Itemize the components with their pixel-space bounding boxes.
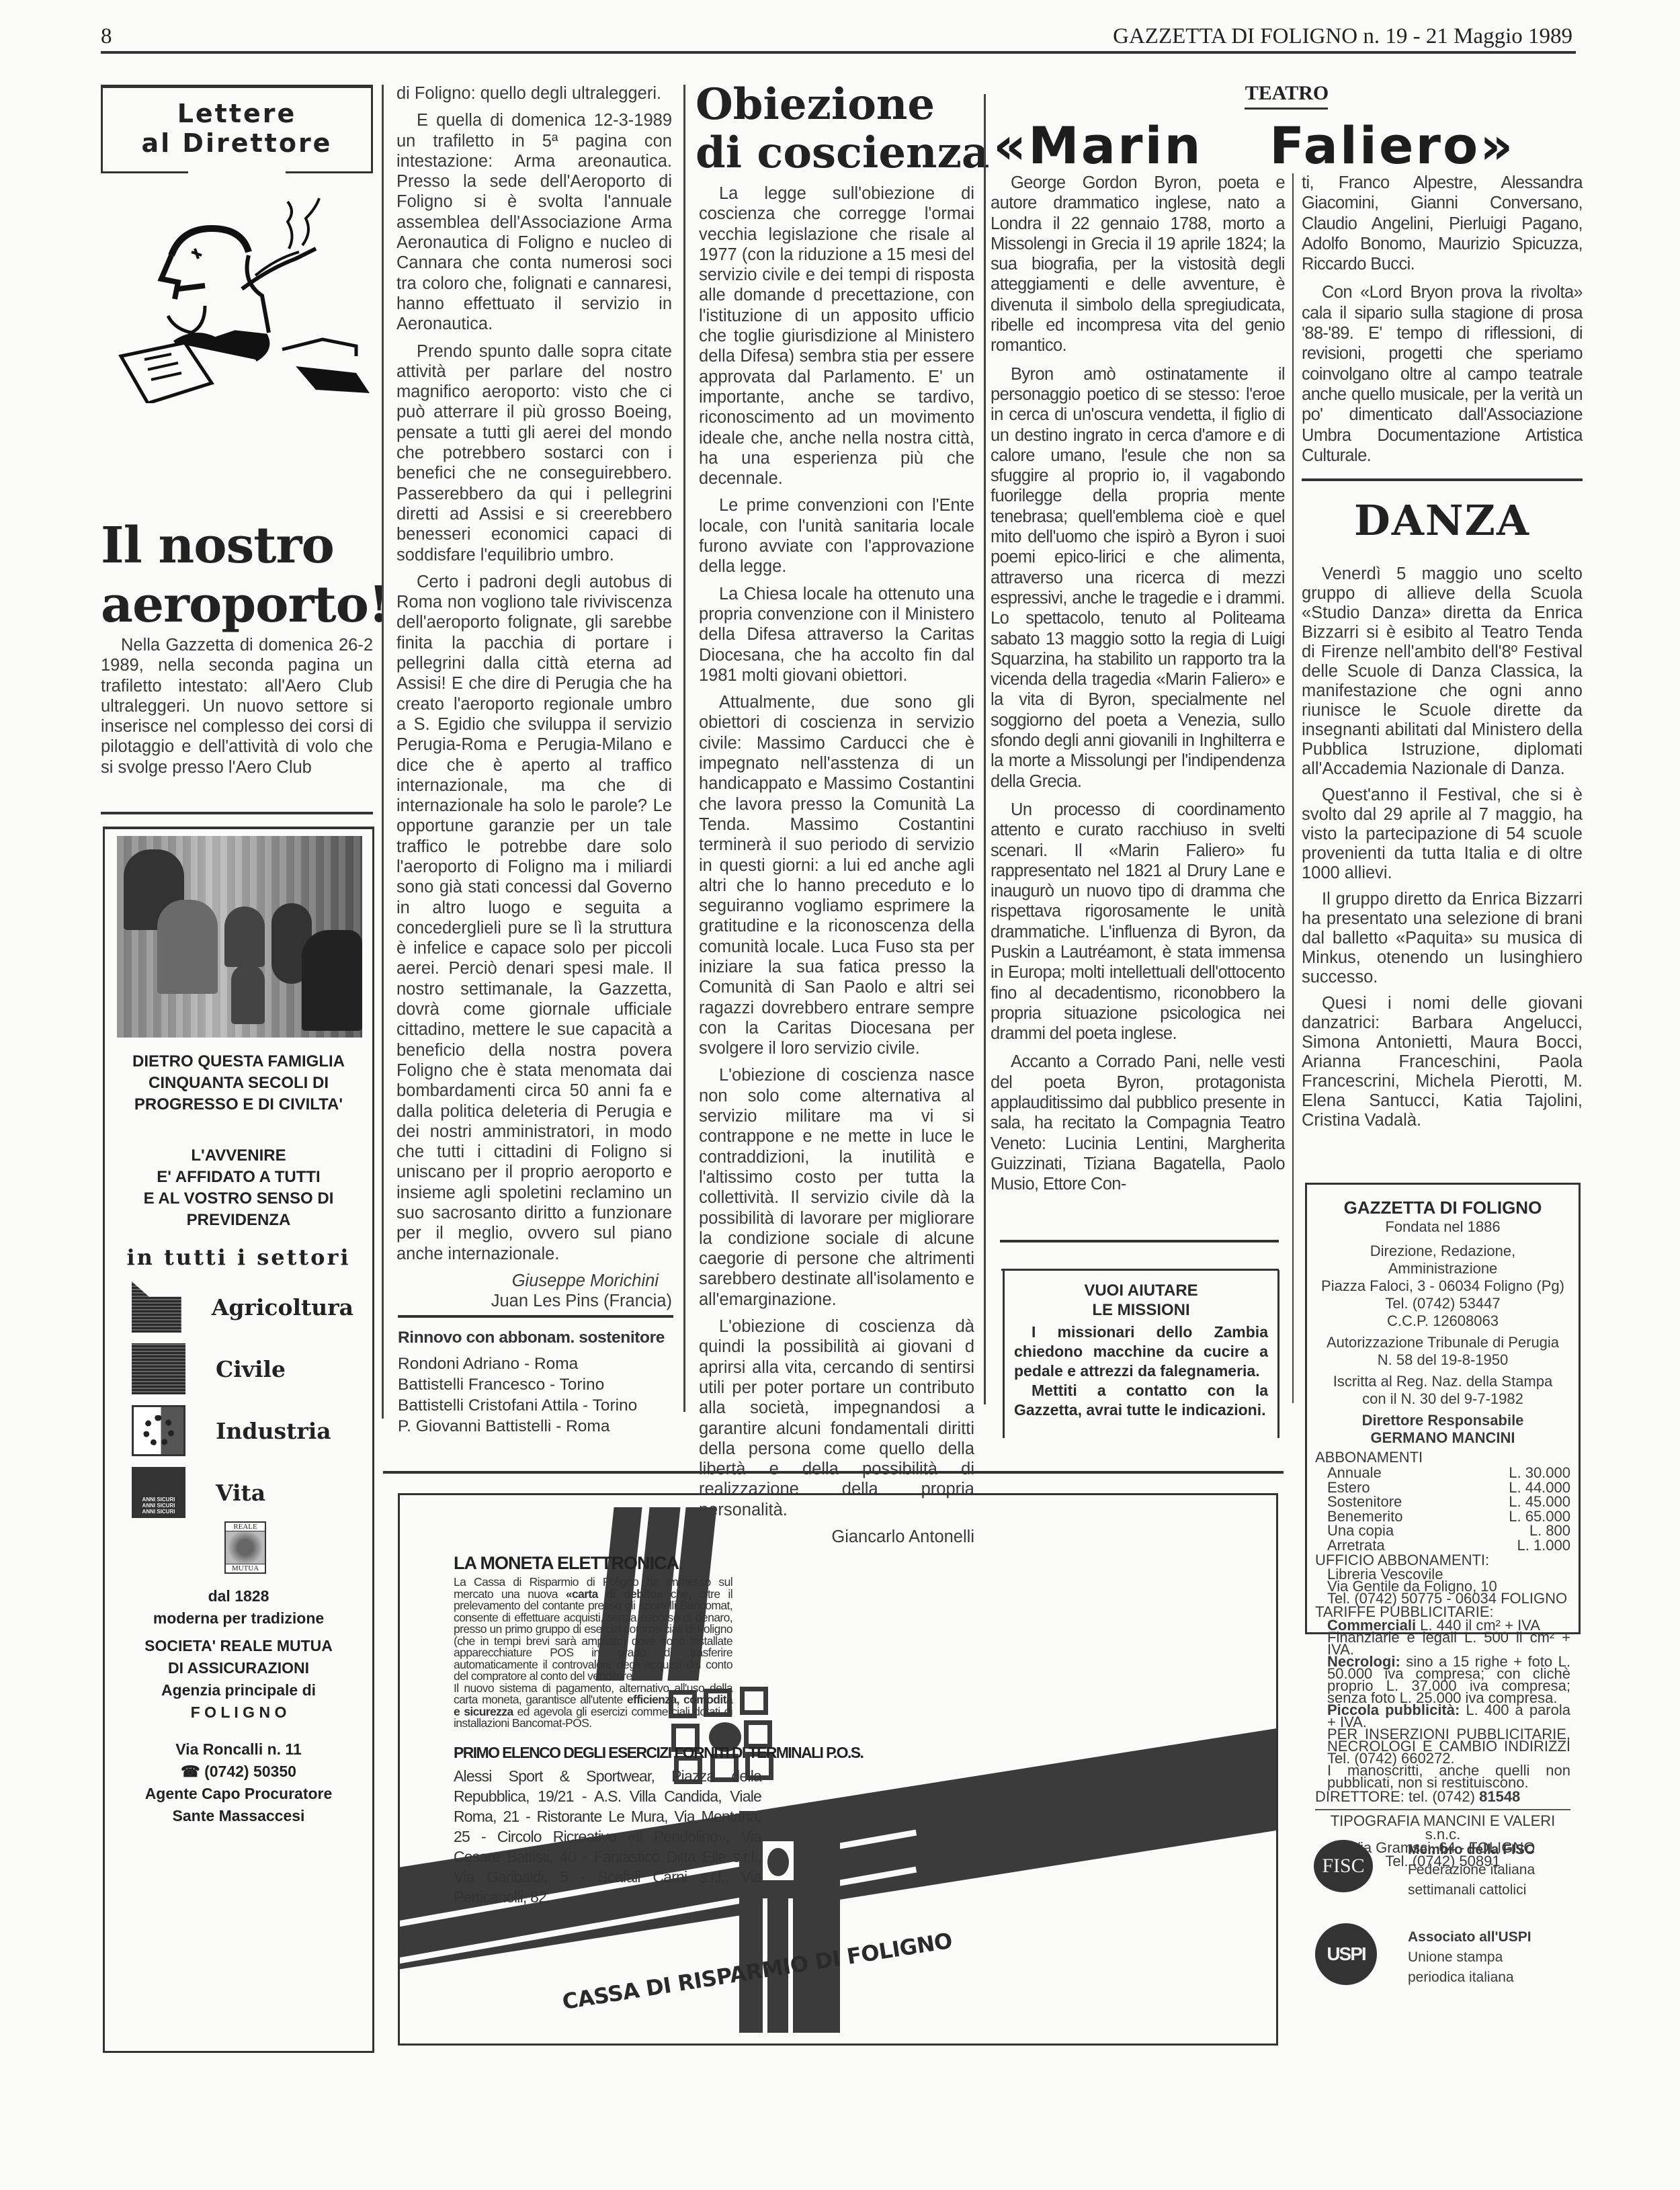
article-paragraph: La Chiesa locale ha ottenuto una propria… <box>699 584 974 685</box>
renewals-title: Rinnovo con abbonam. sostenitore <box>398 1327 673 1348</box>
slogan2-line: E AL VOSTRO SENSO DI <box>105 1188 372 1210</box>
company-name: DI ASSICURAZIONI <box>105 1657 372 1679</box>
sector-industria: Industria <box>132 1400 353 1462</box>
letter-intro: Nella Gazzetta di domenica 26-2 1989, ne… <box>101 635 373 784</box>
article-paragraph: Quest'anno il Festival, che si è svolto … <box>1302 786 1583 883</box>
article-paragraph: Byron amò ostinatamente il personaggio p… <box>991 364 1285 792</box>
uspi-membership: USPI Associato all'USPI Unione stampa pe… <box>1307 1908 1576 1989</box>
director-label: Direttore Responsabile <box>1315 1412 1570 1429</box>
logo-square <box>740 1687 768 1715</box>
price-row: EsteroL. 44.000 <box>1315 1480 1570 1495</box>
masthead-name: GAZZETTA DI FOLIGNO <box>1315 1197 1570 1218</box>
tree-icon <box>132 1281 181 1333</box>
family-photo <box>117 836 362 1038</box>
price-row: ArretrataL. 1.000 <box>1315 1538 1570 1553</box>
teatro-kicker: TEATRO <box>1243 82 1331 105</box>
article-paragraph: Quesi i nomi delle giovani danzatrici: B… <box>1302 994 1583 1130</box>
article-paragraph: Un processo di coordinamento attento e c… <box>991 800 1285 1044</box>
col-divider <box>984 94 986 1404</box>
letter-paragraph: E quella di domenica 12-3-1989 un trafil… <box>396 110 672 334</box>
address: Via Roncalli n. 11 <box>105 1738 372 1761</box>
article-paragraph: La legge sull'obiezione di coscienza che… <box>699 183 974 489</box>
letter-paragraph: di Foligno: quello degli ultraleggeri. <box>396 83 672 103</box>
letter-paragraph: Nella Gazzetta di domenica 26-2 1989, ne… <box>101 635 373 777</box>
letter-title: Il nostro aeroporto! <box>101 516 389 634</box>
missioni-top-rule <box>1000 1240 1279 1243</box>
article-paragraph: Con «Lord Bryon prova la rivolta» cala i… <box>1302 282 1583 466</box>
teatro-title: «Marin Faliero» <box>993 116 1585 175</box>
col-divider <box>683 85 685 1412</box>
slogan1-line: DIETRO QUESTA FAMIGLIA <box>105 1051 372 1072</box>
teatro-body-left: George Gordon Byron, poeta e autore dram… <box>991 173 1285 1203</box>
price-row: Una copiaL. 800 <box>1315 1523 1570 1538</box>
teatro-body-right: ti, Franco Alpestre, Alessandra Giacomin… <box>1302 173 1583 474</box>
subs-title: ABBONAMENTI <box>1315 1449 1570 1466</box>
sector-civile: Civile <box>132 1338 353 1400</box>
missioni-text: Mettiti a contatto con la Gazzetta, avra… <box>1014 1381 1268 1420</box>
sector-agricoltura: Agricoltura <box>132 1276 353 1338</box>
price-row: SostenitoreL. 45.000 <box>1315 1494 1570 1509</box>
masthead-founded: Fondata nel 1886 <box>1315 1218 1570 1236</box>
price-row: BenemeritoL. 65.000 <box>1315 1509 1570 1524</box>
slogan1-line: PROGRESSO E DI CIVILTA' <box>105 1094 372 1115</box>
kicker-underline <box>1245 108 1328 110</box>
sector-vita: ANNI SICURIANNI SICURIANNI SICURI Vita <box>132 1462 353 1523</box>
header-rule <box>101 51 1576 54</box>
article-paragraph: Attualmente, due sono gli obiettori di c… <box>699 692 974 1058</box>
letter-title-line2: aeroporto! <box>101 575 389 634</box>
article-paragraph: Venerdì 5 maggio uno scelto gruppo di al… <box>1302 564 1583 779</box>
renewal-entry: Battistelli Francesco - Torino <box>398 1374 673 1395</box>
col1-rule <box>101 812 373 814</box>
pos-list-title: PRIMO ELENCO DEGLI ESERCIZI FORNITI DI T… <box>454 1744 761 1762</box>
bank-ad[interactable]: CASSA DI RISPARMIO DI FOLIGNO LA MONETA … <box>398 1493 1278 2046</box>
family-house-icon <box>132 1343 185 1394</box>
fisc-logo-icon: FISC <box>1314 1840 1373 1892</box>
slogan2-line: PREVIDENZA <box>105 1210 372 1231</box>
rubric-line2: al Direttore <box>103 128 371 158</box>
slogan1-line: CINQUANTA SECOLI DI <box>105 1072 372 1094</box>
danza-rule <box>1302 478 1583 481</box>
letter-signature: Giuseppe Morichini <box>396 1271 672 1291</box>
missioni-title: VUOI AIUTARE LE MISSIONI <box>1014 1281 1268 1320</box>
article-paragraph: George Gordon Byron, poeta e autore dram… <box>991 173 1285 356</box>
director-name: GERMANO MANCINI <box>1315 1429 1570 1447</box>
tagline: moderna per tradizione <box>105 1607 372 1630</box>
reale-mutua-logo: REALE MUTUA <box>224 1521 266 1574</box>
fisc-membership: FISC Membro della FISC Federazione itali… <box>1307 1828 1576 1902</box>
masthead-running: GAZZETTA DI FOLIGNO n. 19 - 21 Maggio 19… <box>1113 24 1572 49</box>
bank-ad-text: Il nuovo sistema di pagamento, alternati… <box>454 1683 732 1730</box>
agent-name: Sante Massaccesi <box>105 1805 372 1827</box>
article-paragraph: Il gruppo diretto da Enrica Bizzarri ha … <box>1302 890 1583 987</box>
page-number: 8 <box>101 24 112 49</box>
renewal-entry: Battistelli Cristofani Attila - Torino <box>398 1395 673 1416</box>
rubric-line1: Lettere <box>103 99 371 128</box>
obiezione-title: Obiezione di coscienza <box>696 81 989 177</box>
renewal-entry: Rondoni Adriano - Roma <box>398 1353 673 1374</box>
agency: Agenzia principale di <box>105 1679 372 1701</box>
article-paragraph: L'obiezione di coscienza nasce non solo … <box>699 1065 974 1310</box>
article-paragraph: Le prime convenzioni con l'Ente locale, … <box>699 495 974 577</box>
renewals: Rinnovo con abbonam. sostenitore Rondoni… <box>398 1327 673 1437</box>
col-divider <box>1292 173 1294 1403</box>
pos-list: Alessi Sport & Sportwear, Piazza della R… <box>454 1766 761 1907</box>
since-year: dal 1828 <box>105 1585 372 1607</box>
logo-center-circle <box>767 1848 789 1876</box>
phone: ☎ (0742) 50350 <box>105 1761 372 1783</box>
bank-ad-text: La Cassa di Risparmio di Foligno ha imme… <box>454 1576 732 1683</box>
city: F O L I G N O <box>105 1701 372 1724</box>
article-paragraph: Accanto a Corrado Pani, nelle vesti del … <box>991 1052 1285 1194</box>
letter-body: di Foligno: quello degli ultraleggeri. E… <box>396 83 672 1312</box>
letters-rubric-box: Lettere al Direttore <box>101 85 373 173</box>
letter-paragraph: Certo i padroni degli autobus di Roma no… <box>396 572 672 1264</box>
gear-icon <box>132 1405 185 1456</box>
letter-paragraph: Prendo spunto dalle sopra citate attivit… <box>396 341 672 565</box>
danza-title: DANZA <box>1302 496 1583 545</box>
agent-role: Agente Capo Procuratore <box>105 1783 372 1805</box>
renewals-rule <box>398 1315 673 1318</box>
cartoon-illustration <box>108 181 376 403</box>
bank-ad-title: LA MONETA ELETTRONICA <box>454 1553 732 1574</box>
letter-title-line1: Il nostro <box>101 516 389 575</box>
obiezione-body: La legge sull'obiezione di coscienza che… <box>699 183 974 1547</box>
sectors-title: in tutti i settori <box>105 1245 372 1270</box>
slogan2-line: E' AFFIDATO A TUTTI <box>105 1167 372 1188</box>
bank-ad-top-rule <box>383 1471 1284 1474</box>
insurance-ad[interactable]: DIETRO QUESTA FAMIGLIA CINQUANTA SECOLI … <box>103 827 374 2053</box>
price-row: AnnualeL. 30.000 <box>1315 1466 1570 1480</box>
telephone-icon: ☎ <box>181 1763 204 1780</box>
article-paragraph: L'obiezione di coscienza dà quindi la po… <box>699 1316 974 1520</box>
danza-body: Venerdì 5 maggio uno scelto gruppo di al… <box>1302 564 1583 1137</box>
masthead-box: GAZZETTA DI FOLIGNO Fondata nel 1886 Dir… <box>1305 1183 1581 1634</box>
uspi-logo-icon: USPI <box>1315 1923 1377 1985</box>
missioni-text: I missionari dello Zambia chiedono macch… <box>1014 1322 1268 1381</box>
anni-sicuri-icon: ANNI SICURIANNI SICURIANNI SICURI <box>132 1467 185 1518</box>
article-paragraph: ti, Franco Alpestre, Alessandra Giacomin… <box>1302 173 1583 274</box>
company-name: SOCIETA' REALE MUTUA <box>105 1635 372 1657</box>
missioni-box: VUOI AIUTARE LE MISSIONI I missionari de… <box>1003 1270 1279 1438</box>
renewal-entry: P. Giovanni Battistelli - Roma <box>398 1416 673 1437</box>
slogan2-line: L'AVVENIRE <box>105 1145 372 1167</box>
letter-signature-place: Juan Les Pins (Francia) <box>396 1291 672 1311</box>
col-divider <box>382 85 384 1419</box>
